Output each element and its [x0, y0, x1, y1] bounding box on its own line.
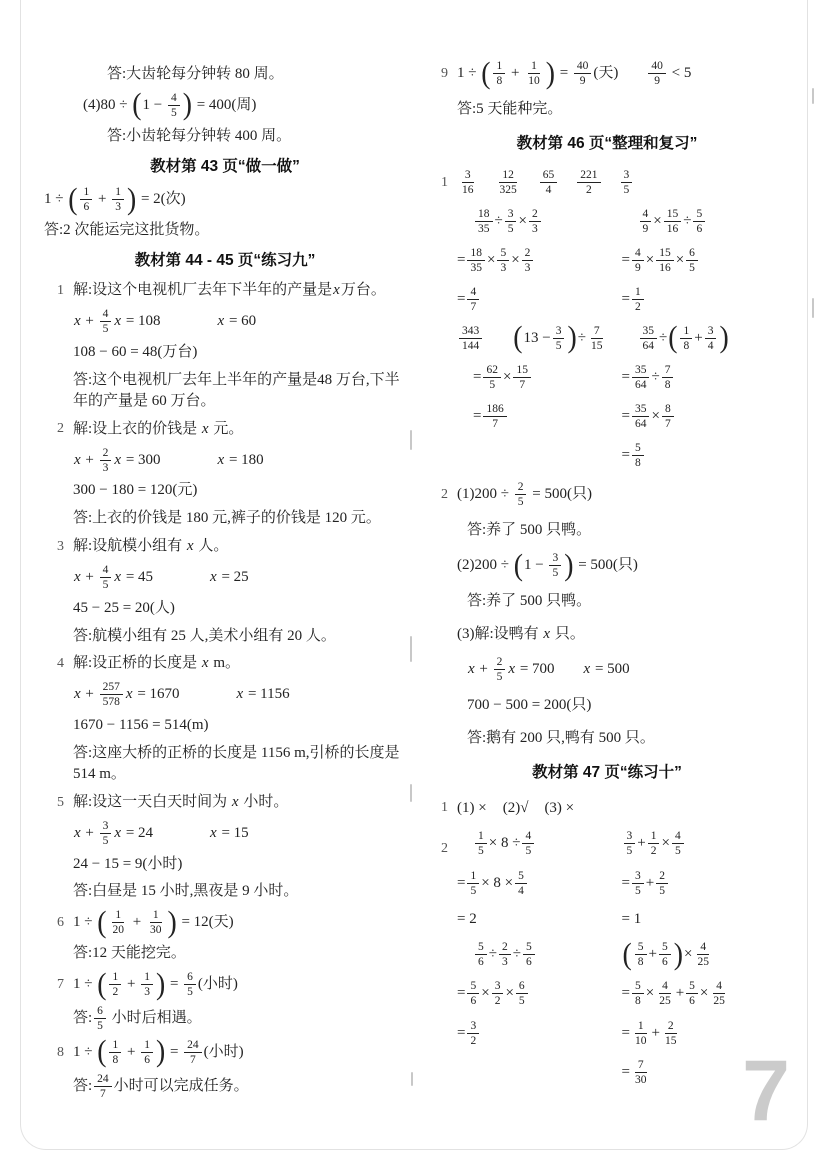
fraction: 32	[467, 1020, 479, 1047]
math-line: = 49 × 1516 × 65	[622, 247, 787, 274]
fraction: 23	[100, 447, 112, 474]
answer-line: 108 − 60 = 48(万台)	[73, 342, 406, 363]
solution-column-left: 56 ÷ 23 ÷ 56= 56 × 32 × 65= 32	[457, 941, 622, 1046]
math-line: = 58 × 425 + 56 × 425	[622, 980, 787, 1007]
right-column: 91 ÷ (18 + 110) = 409(天)409 < 5答:5 天能种完。…	[428, 60, 786, 1086]
problem-number: 2	[57, 419, 73, 439]
fraction: 35	[553, 325, 565, 352]
problem-number: 5	[57, 793, 73, 813]
line-text: 700 − 500 = 200(只)	[467, 695, 591, 716]
fraction: 45	[522, 830, 534, 857]
line-text: 答:247小时可以完成任务。	[73, 1073, 249, 1100]
math-line: 343144(13 − 35) ÷ 715	[457, 325, 622, 352]
scan-artifact	[410, 784, 412, 802]
fraction: 54	[515, 870, 527, 897]
variable-x: x	[186, 538, 195, 554]
math-line: = 2	[457, 909, 622, 930]
fraction: 25	[656, 870, 668, 897]
math-line: = 35 + 25	[622, 870, 787, 897]
math-line: = 32	[457, 1020, 622, 1047]
line-text: 答:小齿轮每分钟转 400 周。	[107, 126, 291, 147]
fraction: 1835	[475, 208, 493, 235]
fraction: 715	[588, 325, 606, 352]
line-text: 解:设正桥的长度是 x m。	[73, 653, 240, 674]
worked-solution-pair: 215 × 8 ÷ 45= 15 × 8 × 54= 235 + 12 × 45…	[441, 830, 786, 929]
variable-x: x	[73, 825, 82, 841]
fraction: 425	[694, 941, 712, 968]
answer-line: 24 − 15 = 9(小时)	[73, 854, 406, 875]
fraction: 1516	[664, 208, 682, 235]
fraction: 316	[459, 169, 477, 196]
solution-column-right: 3564 ÷ (18 + 34)= 3564 ÷ 78= 3564 × 87= …	[622, 325, 787, 470]
answer-line: 81 ÷ (18 + 16) = 247(小时)	[57, 1039, 406, 1066]
fraction: 23	[529, 208, 541, 235]
answer-line: 700 − 500 = 200(只)	[467, 695, 786, 716]
fraction: 34	[705, 325, 717, 352]
problem-number: 6	[57, 913, 73, 933]
fraction: 35	[505, 208, 517, 235]
fraction: 35	[632, 870, 644, 897]
answer-line: x + 45x = 108x = 60	[73, 308, 406, 335]
section-header: 教材第 47 页“练习十”	[428, 760, 786, 786]
line-text: x + 23x = 300x = 180	[73, 447, 264, 474]
fraction: 65	[686, 247, 698, 274]
line-text: 答:65 小时后相遇。	[73, 1005, 202, 1032]
line-text: 答:12 天能挖完。	[73, 943, 186, 964]
line-text: 解:设航模小组有 x 人。	[73, 536, 228, 557]
math-line: 35 + 12 × 45	[622, 830, 787, 857]
fraction: 12	[632, 286, 644, 313]
line-text: 31612325654221235	[457, 169, 634, 196]
fraction: 45	[168, 92, 180, 119]
fraction: 1867	[483, 403, 506, 430]
solution-column-right: 35 + 12 × 45= 35 + 25= 1	[622, 830, 787, 929]
fraction: 56	[686, 980, 698, 1007]
variable-x: x	[542, 626, 551, 642]
fraction: 56	[693, 208, 705, 235]
fraction: 78	[662, 364, 674, 391]
variable-x: x	[231, 794, 240, 810]
fraction: 32	[492, 980, 504, 1007]
line-text: 答:大齿轮每分钟转 80 周。	[107, 64, 284, 85]
answer-line: 5解:设这一天白天时间为 x 小时。	[57, 792, 406, 813]
line-text: x + 25x = 700x = 500	[467, 656, 630, 683]
line-text: 1 ÷ (18 + 110) = 409(天)409 < 5	[457, 60, 691, 87]
line-text: 答:鹅有 200 只,鸭有 500 只。	[467, 728, 655, 749]
answer-line: 131612325654221235	[441, 169, 786, 196]
fraction: 58	[632, 980, 644, 1007]
scan-artifact	[410, 636, 412, 662]
answer-line: (3)解:设鸭有 x 只。	[457, 624, 786, 645]
answer-line: 1(1) ×(2)√(3) ×	[441, 798, 786, 819]
fraction: 409	[574, 60, 592, 87]
answer-line: 答:上衣的价钱是 180 元,裤子的价钱是 120 元。	[73, 508, 406, 529]
math-line: (58 + 56) × 425	[622, 941, 787, 968]
answer-line: 答:大齿轮每分钟转 80 周。	[107, 64, 406, 85]
math-line: = 1835 × 53 × 23	[457, 247, 622, 274]
answer-line: x + 23x = 300x = 180	[73, 447, 406, 474]
fraction: 25	[494, 656, 506, 683]
fraction: 23	[522, 247, 534, 274]
line-text: (1)200 ÷ 25 = 500(只)	[457, 481, 592, 508]
fraction: 35	[549, 552, 561, 579]
variable-x: x	[113, 452, 122, 468]
fraction: 45	[100, 564, 112, 591]
answer-line: 1 ÷ (16 + 13) = 2(次)	[44, 186, 406, 213]
answer-line: 答:这座大桥的正桥的长度是 1156 m,引桥的长度是 514 m。	[73, 743, 406, 785]
fraction: 18	[493, 60, 505, 87]
fraction: 130	[147, 909, 165, 936]
answer-line: 答:白昼是 15 小时,黑夜是 9 小时。	[73, 881, 406, 902]
fraction: 15	[467, 870, 479, 897]
worked-solution-pair: 343144(13 − 35) ÷ 715= 625 × 157= 186735…	[457, 325, 786, 470]
line-text: 1 ÷ (18 + 16) = 247(小时)	[73, 1039, 244, 1066]
fraction: 56	[659, 941, 671, 968]
variable-x: x	[201, 421, 210, 437]
page-number: 7	[742, 1048, 790, 1134]
worked-solution-pair: 56 ÷ 23 ÷ 56= 56 × 32 × 65= 32(58 + 56) …	[457, 941, 786, 1086]
fraction: 56	[475, 941, 487, 968]
fraction: 18	[109, 1039, 121, 1066]
fraction: 65	[516, 980, 528, 1007]
fraction: 15	[475, 830, 487, 857]
fraction: 58	[635, 941, 647, 968]
fraction: 247	[184, 1039, 202, 1066]
line-text: 答:上衣的价钱是 180 元,裤子的价钱是 120 元。	[73, 508, 381, 529]
line-text: 24 − 15 = 9(小时)	[73, 854, 182, 875]
answer-line: 答:247小时可以完成任务。	[73, 1073, 406, 1100]
problem-number: 8	[57, 1043, 73, 1063]
answer-line: 45 − 25 = 20(人)	[73, 598, 406, 619]
problem-number: 1	[57, 281, 73, 301]
fraction: 58	[632, 442, 644, 469]
math-line: 1835 ÷ 35 × 23	[457, 208, 622, 235]
fraction: 343144	[459, 325, 482, 352]
problem-number: 7	[57, 975, 73, 995]
answer-line: 300 − 180 = 120(元)	[73, 480, 406, 501]
variable-x: x	[209, 825, 218, 841]
line-text: 答:这个电视机厂去年上半年的产量是48 万台,下半年的产量是 60 万台。	[73, 370, 406, 412]
fraction: 2212	[577, 169, 600, 196]
fraction: 35	[621, 169, 633, 196]
variable-x: x	[73, 313, 82, 329]
fraction: 16	[80, 186, 92, 213]
fraction: 247	[94, 1073, 112, 1100]
fraction: 110	[525, 60, 543, 87]
answer-line: 答:5 天能种完。	[457, 99, 786, 120]
solution-column-right: 49 × 1516 ÷ 56= 49 × 1516 × 65= 12	[622, 208, 787, 313]
variable-x: x	[332, 282, 341, 298]
scan-artifact	[411, 1072, 413, 1086]
answer-line: 答:航模小组有 25 人,美术小组有 20 人。	[73, 626, 406, 647]
math-line: 56 ÷ 23 ÷ 56	[457, 941, 622, 968]
fraction: 3564	[632, 403, 650, 430]
line-text: 答:白昼是 15 小时,黑夜是 9 小时。	[73, 881, 298, 902]
answer-line: 答:这个电视机厂去年上半年的产量是48 万台,下半年的产量是 60 万台。	[73, 370, 406, 412]
math-line: = 56 × 32 × 65	[457, 980, 622, 1007]
line-text: 解:设这个电视机厂去年下半年的产量是x万台。	[73, 280, 386, 301]
line-text: 解:设这一天白天时间为 x 小时。	[73, 792, 288, 813]
fraction: 12325	[497, 169, 520, 196]
problem-number: 1	[441, 173, 457, 193]
fraction: 49	[640, 208, 652, 235]
solution-column-left: 15 × 8 ÷ 45= 15 × 8 × 54= 2	[457, 830, 622, 929]
variable-x: x	[507, 661, 516, 677]
fraction: 157	[513, 364, 531, 391]
two-column-math: 1835 ÷ 35 × 23= 1835 × 53 × 23= 4749 × 1…	[457, 208, 786, 313]
fraction: 13	[112, 186, 124, 213]
fraction: 47	[467, 286, 479, 313]
variable-x: x	[583, 661, 592, 677]
fraction: 120	[109, 909, 127, 936]
line-text: x + 45x = 108x = 60	[73, 308, 256, 335]
fraction: 12	[109, 971, 121, 998]
fraction: 23	[499, 941, 511, 968]
fraction: 53	[497, 247, 509, 274]
line-text: x + 45x = 45x = 25	[73, 564, 249, 591]
line-text: (4)80 ÷ (1 − 45) = 400(周)	[83, 92, 256, 119]
fraction: 45	[672, 830, 684, 857]
line-text: 1 ÷ (120 + 130) = 12(天)	[73, 909, 234, 936]
math-line: 15 × 8 ÷ 45	[457, 830, 622, 857]
fraction: 654	[540, 169, 558, 196]
answer-line: x + 35x = 24x = 15	[73, 820, 406, 847]
fraction: 49	[632, 247, 644, 274]
line-text: 解:设上衣的价钱是 x 元。	[73, 419, 243, 440]
line-text: x + 35x = 24x = 15	[73, 820, 249, 847]
line-text: 1 ÷ (16 + 13) = 2(次)	[44, 186, 186, 213]
answer-line: x + 45x = 45x = 25	[73, 564, 406, 591]
fraction: 16	[141, 1039, 153, 1066]
variable-x: x	[217, 452, 226, 468]
math-line: 3564 ÷ (18 + 34)	[622, 325, 787, 352]
fraction: 409	[648, 60, 666, 87]
fraction: 18	[680, 325, 692, 352]
fraction: 3564	[632, 364, 650, 391]
fraction: 425	[710, 980, 728, 1007]
answer-line: x + 257578x = 1670x = 1156	[73, 681, 406, 708]
line-text: (2)200 ÷ (1 − 35) = 500(只)	[457, 552, 638, 579]
answer-line: 61 ÷ (120 + 130) = 12(天)	[57, 909, 406, 936]
problem-number: 2	[441, 485, 457, 505]
fraction: 625	[483, 364, 501, 391]
variable-x: x	[467, 661, 476, 677]
math-line: = 1867	[457, 403, 622, 430]
fraction: 25	[515, 481, 527, 508]
line-text: 1670 − 1156 = 514(m)	[73, 715, 209, 736]
variable-x: x	[236, 686, 245, 702]
scan-artifact	[812, 88, 814, 104]
two-column-math: 56 ÷ 23 ÷ 56= 56 × 32 × 65= 32(58 + 56) …	[457, 941, 786, 1086]
line-text: 答:这座大桥的正桥的长度是 1156 m,引桥的长度是 514 m。	[73, 743, 406, 785]
fraction: 87	[662, 403, 674, 430]
answer-line: 4解:设正桥的长度是 x m。	[57, 653, 406, 674]
fraction: 257578	[100, 681, 123, 708]
two-column-math: 15 × 8 ÷ 45= 15 × 8 × 54= 235 + 12 × 45=…	[457, 830, 786, 929]
line-text: x + 257578x = 1670x = 1156	[73, 681, 290, 708]
math-line: = 3564 × 87	[622, 403, 787, 430]
line-text: (1) ×(2)√(3) ×	[457, 798, 574, 819]
answer-line: 答:2 次能运完这批货物。	[44, 220, 406, 241]
fraction: 35	[100, 820, 112, 847]
answer-line: (4)80 ÷ (1 − 45) = 400(周)	[83, 92, 406, 119]
problem-number: 1	[441, 798, 457, 818]
left-column: 答:大齿轮每分钟转 80 周。(4)80 ÷ (1 − 45) = 400(周)…	[44, 64, 406, 1100]
line-text: 300 − 180 = 120(元)	[73, 480, 197, 501]
line-text: 1 ÷ (12 + 13) = 65(小时)	[73, 971, 238, 998]
variable-x: x	[73, 569, 82, 585]
scan-artifact	[812, 298, 814, 318]
math-line: = 3564 ÷ 78	[622, 364, 787, 391]
answer-line: 答:65 小时后相遇。	[73, 1005, 406, 1032]
fraction: 215	[662, 1020, 680, 1047]
problem-number: 3	[57, 537, 73, 557]
variable-x: x	[125, 686, 134, 702]
fraction: 13	[141, 971, 153, 998]
section-header: 教材第 43 页“做一做”	[44, 154, 406, 180]
variable-x: x	[201, 655, 210, 671]
solution-column-left: 1835 ÷ 35 × 23= 1835 × 53 × 23= 47	[457, 208, 622, 313]
fraction: 1516	[656, 247, 674, 274]
fraction: 110	[632, 1020, 650, 1047]
fraction: 65	[184, 971, 196, 998]
math-line: = 58	[622, 442, 787, 469]
answer-line: 答:养了 500 只鸭。	[467, 520, 786, 541]
line-text: 45 − 25 = 20(人)	[73, 598, 175, 619]
answer-line: 1解:设这个电视机厂去年下半年的产量是x万台。	[57, 280, 406, 301]
fraction: 730	[632, 1059, 650, 1086]
line-text: (3)解:设鸭有 x 只。	[457, 624, 585, 645]
scan-artifact	[410, 430, 412, 450]
answer-line: x + 25x = 700x = 500	[467, 656, 786, 683]
line-text: 答:养了 500 只鸭。	[467, 520, 591, 541]
fraction: 56	[523, 941, 535, 968]
variable-x: x	[113, 569, 122, 585]
problem-number: 4	[57, 654, 73, 674]
line-text: 答:养了 500 只鸭。	[467, 591, 591, 612]
section-header: 教材第 44 - 45 页“练习九”	[44, 248, 406, 274]
variable-x: x	[113, 313, 122, 329]
answer-line: (2)200 ÷ (1 − 35) = 500(只)	[457, 552, 786, 579]
answer-line: 答:养了 500 只鸭。	[467, 591, 786, 612]
section-header: 教材第 46 页“整理和复习”	[428, 131, 786, 157]
line-text: 答:2 次能运完这批货物。	[44, 220, 209, 241]
answer-line: 2(1)200 ÷ 25 = 500(只)	[441, 481, 786, 508]
fraction: 35	[624, 830, 636, 857]
fraction: 3564	[640, 325, 658, 352]
problem-number: 9	[441, 64, 457, 84]
math-line: = 1	[622, 909, 787, 930]
answer-line: 答:小齿轮每分钟转 400 周。	[107, 126, 406, 147]
fraction: 56	[467, 980, 479, 1007]
answer-line: 3解:设航模小组有 x 人。	[57, 536, 406, 557]
variable-x: x	[113, 825, 122, 841]
math-line: 49 × 1516 ÷ 56	[622, 208, 787, 235]
variable-x: x	[73, 686, 82, 702]
fraction: 65	[94, 1005, 106, 1032]
math-line: = 47	[457, 286, 622, 313]
math-line: = 15 × 8 × 54	[457, 870, 622, 897]
problem-number: 2	[441, 830, 457, 859]
two-column-math: 343144(13 − 35) ÷ 715= 625 × 157= 186735…	[457, 325, 786, 470]
solution-column-left: 343144(13 − 35) ÷ 715= 625 × 157= 1867	[457, 325, 622, 430]
line-text: 答:航模小组有 25 人,美术小组有 20 人。	[73, 626, 336, 647]
answer-line: 71 ÷ (12 + 13) = 65(小时)	[57, 971, 406, 998]
variable-x: x	[73, 452, 82, 468]
math-line: = 625 × 157	[457, 364, 622, 391]
variable-x: x	[209, 569, 218, 585]
fraction: 425	[656, 980, 674, 1007]
fraction: 12	[648, 830, 660, 857]
variable-x: x	[217, 313, 226, 329]
answer-line: 91 ÷ (18 + 110) = 409(天)409 < 5	[441, 60, 786, 87]
line-text: 答:5 天能种完。	[457, 99, 562, 120]
fraction: 45	[100, 308, 112, 335]
answer-line: 1670 − 1156 = 514(m)	[73, 715, 406, 736]
answer-line: 答:鹅有 200 只,鸭有 500 只。	[467, 728, 786, 749]
math-line: = 12	[622, 286, 787, 313]
fraction: 1835	[467, 247, 485, 274]
answer-line: 答:12 天能挖完。	[73, 943, 406, 964]
line-text: 108 − 60 = 48(万台)	[73, 342, 197, 363]
worked-solution-pair: 1835 ÷ 35 × 23= 1835 × 53 × 23= 4749 × 1…	[457, 208, 786, 313]
answer-line: 2解:设上衣的价钱是 x 元。	[57, 419, 406, 440]
